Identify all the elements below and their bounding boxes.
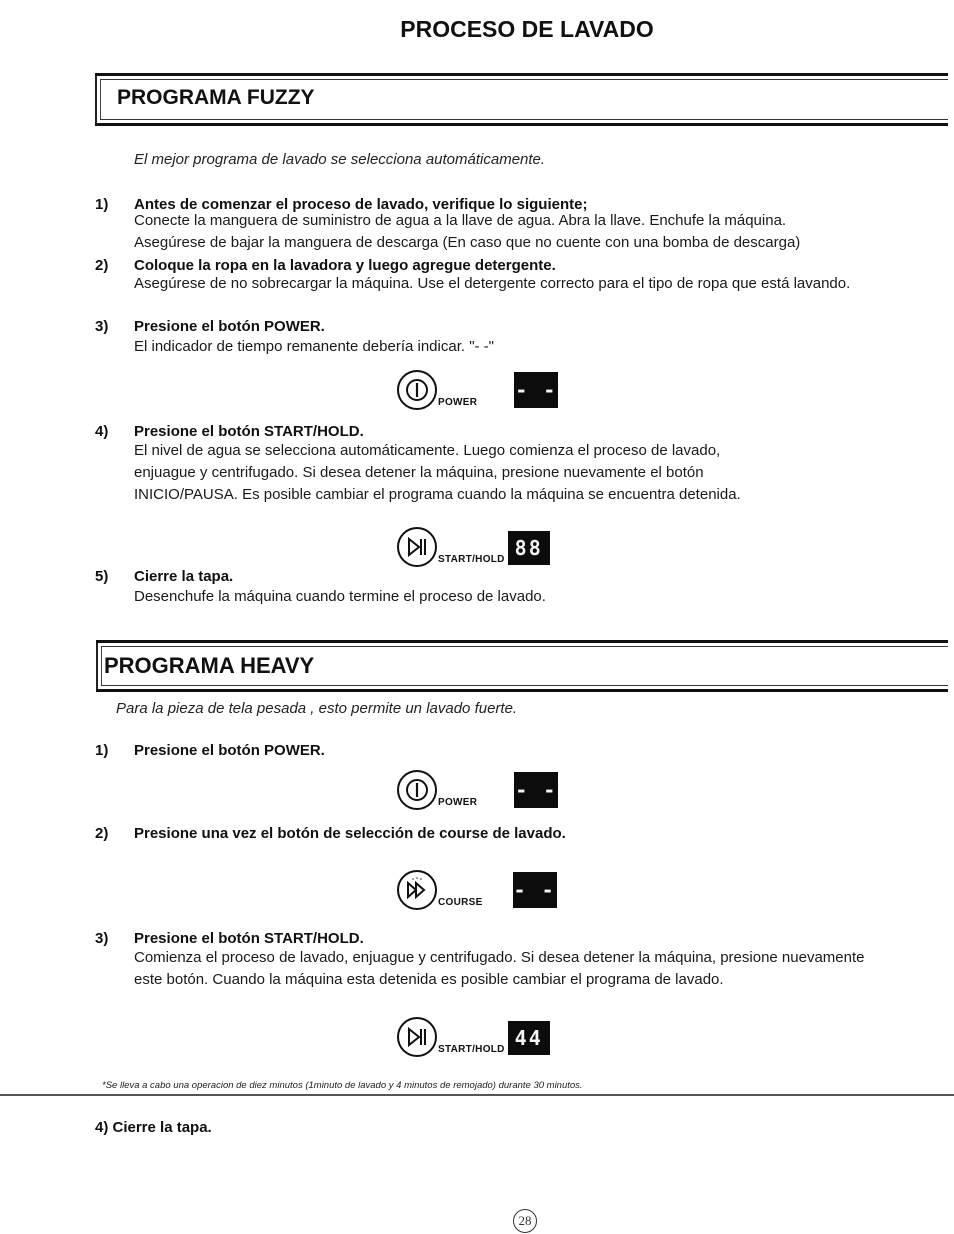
heavy-intro: Para la pieza de tela pesada , esto perm… [116, 700, 517, 717]
time-display: - - [514, 372, 558, 408]
step-number: 4) [95, 423, 135, 440]
step-text: enjuague y centrifugado. Si desea detene… [134, 462, 704, 484]
power-icon [397, 770, 437, 810]
step-number: 1) [95, 742, 135, 759]
step-heading: Presione el botón START/HOLD. [134, 423, 364, 440]
step-text: Comienza el proceso de lavado, enjuague … [134, 947, 864, 969]
final-step: 4) Cierre la tapa. [95, 1119, 212, 1136]
step-heading: Presione el botón POWER. [134, 742, 325, 759]
step-heading: Coloque la ropa en la lavadora y luego a… [134, 257, 556, 274]
step-number: 3) [95, 930, 135, 947]
step-number: 3) [95, 318, 135, 335]
page-number: 28 [513, 1209, 537, 1233]
step-text: El nivel de agua se selecciona automátic… [134, 440, 720, 462]
step-number: 1) [95, 196, 135, 213]
course-button-diagram: COURSE - - [397, 870, 557, 910]
button-label: START/HOLD [438, 554, 505, 565]
start-hold-button-diagram: START/HOLD 88 [397, 527, 550, 567]
button-label: POWER [438, 797, 477, 808]
power-icon [397, 370, 437, 410]
step-number: 2) [95, 257, 135, 274]
section-header-heavy: PROGRAMA HEAVY [96, 640, 948, 692]
step-heading: Cierre la tapa. [134, 568, 233, 585]
start-hold-icon [397, 1017, 437, 1057]
section-title-heavy: PROGRAMA HEAVY [104, 653, 314, 679]
step-text: Conecte la manguera de suministro de agu… [134, 210, 786, 232]
time-display: 88 [508, 531, 550, 565]
step-text: El indicador de tiempo remanente debería… [134, 336, 494, 358]
step-text: Desenchufe la máquina cuando termine el … [134, 586, 546, 608]
footnote-divider [0, 1094, 954, 1096]
footnote: *Se lleva a cabo una operacion de diez m… [102, 1080, 583, 1091]
section-title-fuzzy: PROGRAMA FUZZY [117, 86, 315, 110]
step-text: Asegúrese de bajar la manguera de descar… [134, 232, 800, 254]
step-text: INICIO/PAUSA. Es posible cambiar el prog… [134, 484, 741, 506]
step-heading: Presione el botón POWER. [134, 318, 325, 335]
time-display: - - [513, 872, 557, 908]
step-text: este botón. Cuando la máquina esta deten… [134, 969, 724, 991]
step-number: 5) [95, 568, 135, 585]
button-label: START/HOLD [438, 1044, 505, 1055]
step-heading: Presione el botón START/HOLD. [134, 930, 364, 947]
start-hold-button-diagram: START/HOLD 44 [397, 1017, 550, 1057]
step-number: 2) [95, 825, 135, 842]
course-icon [397, 870, 437, 910]
start-hold-icon [397, 527, 437, 567]
time-display: - - [514, 772, 558, 808]
button-label: COURSE [438, 897, 483, 908]
time-display: 44 [508, 1021, 550, 1055]
section-header-fuzzy: PROGRAMA FUZZY [95, 73, 948, 126]
step-heading: Presione una vez el botón de selección d… [134, 825, 566, 842]
fuzzy-intro: El mejor programa de lavado se seleccion… [134, 151, 545, 168]
button-label: POWER [438, 397, 477, 408]
step-text: Asegúrese de no sobrecargar la máquina. … [134, 273, 850, 295]
power-button-diagram: POWER - - [397, 770, 558, 810]
power-button-diagram: POWER - - [397, 370, 558, 410]
page-title: PROCESO DE LAVADO [0, 16, 954, 43]
